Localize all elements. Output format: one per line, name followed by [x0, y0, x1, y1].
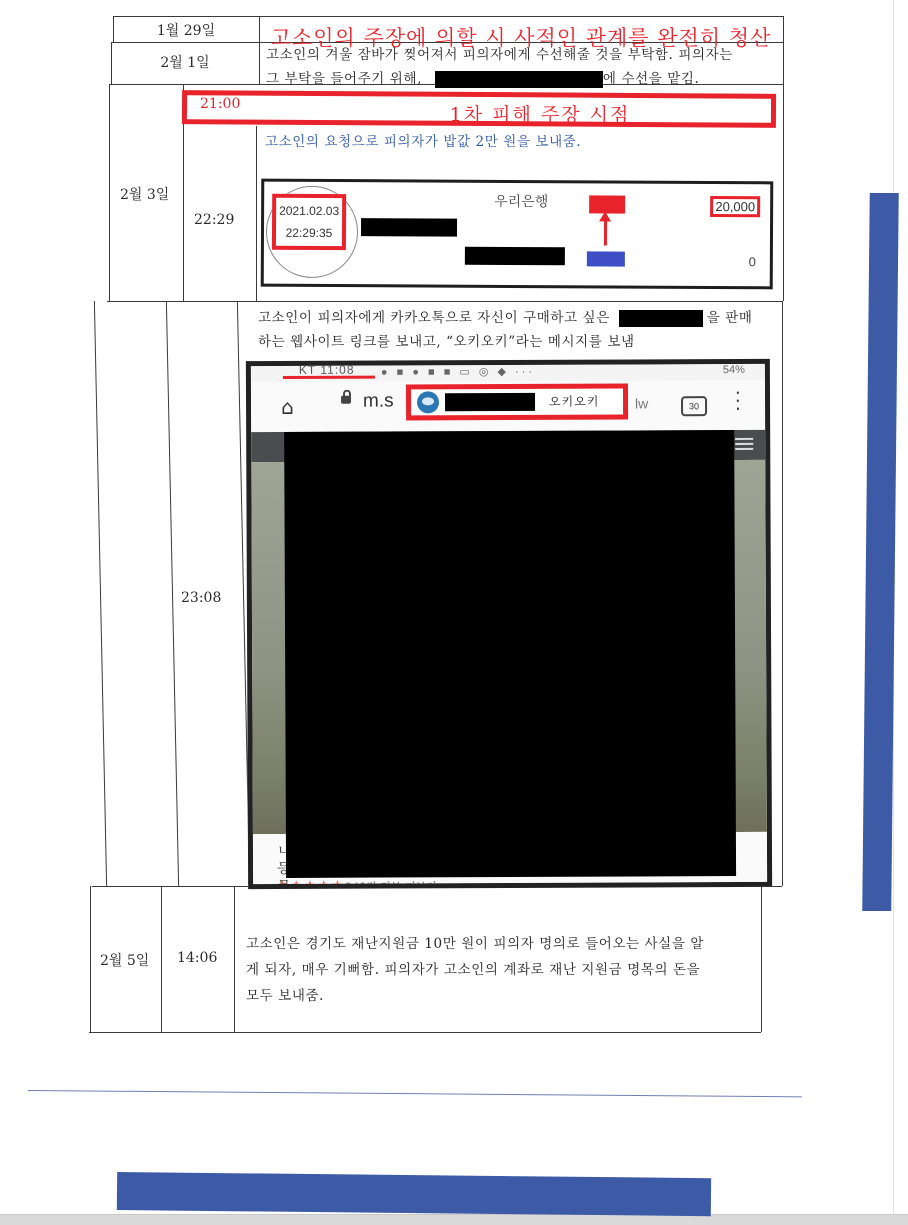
table-row-divider — [107, 301, 783, 302]
table-border-right — [761, 886, 762, 1032]
hamburger-menu-icon — [735, 438, 753, 450]
table-col-divider — [234, 886, 235, 1032]
table-col-divider — [161, 886, 162, 1032]
battery-level: 54% — [723, 364, 745, 376]
redaction-block — [435, 71, 603, 88]
notification-icons: ● ■ ● ■ ■ ▭ ◎ ◆ ··· — [381, 365, 535, 379]
transfer-datetime: 2021.02.03 22:29:35 — [272, 194, 346, 250]
entry-time: 14:06 — [177, 950, 217, 966]
redaction-block — [445, 393, 535, 411]
lock-icon — [341, 396, 351, 404]
table-border-left — [109, 84, 110, 301]
content-text: 고소인이 피의자에게 카카오톡으로 자신이 구매하고 싶은 — [258, 310, 610, 326]
account-balance: 0 — [749, 254, 756, 269]
entry-time: 21:00 — [200, 96, 240, 112]
review-link: 240건 리뷰 더보기 — [345, 878, 437, 889]
meal-money-note: 고소인의 요청으로 피의자가 밥값 2만 원을 보내줌. — [265, 130, 581, 150]
table-col-divider — [256, 126, 257, 301]
kakao-message-popup: 오키오키 — [406, 383, 628, 420]
browser-url-bar: ⌂ m.s lw 30 ··· 오키오키 — [251, 380, 765, 432]
content-line: 하는 웹사이트 링크를 보내고, “오키오키”라는 메시지를 보냄 — [258, 330, 753, 354]
table-border-left — [94, 301, 107, 886]
table-border-left — [90, 886, 91, 1032]
row-date: 1월 29일 — [113, 20, 259, 40]
content-line: 모두 보내줌. — [246, 983, 704, 1009]
table-border-right — [782, 301, 783, 886]
redaction-block — [465, 247, 565, 266]
rating-stars-icon: ★★★★★ — [277, 878, 346, 889]
table-border-right — [783, 16, 784, 301]
content-line: 고소인의 겨울 잠바가 찢어져서 피의자에게 수선해줄 것을 부탁함. 피의자는 — [266, 43, 733, 67]
entry-time: 23:08 — [181, 590, 221, 606]
row-date: 2월 3일 — [120, 184, 169, 204]
redaction-block — [619, 310, 703, 327]
content-text: 에 수선을 맡김. — [603, 71, 700, 87]
url-prefix: m.s — [363, 391, 394, 413]
phone-screenshot: KT 11:08 ● ■ ● ■ ■ ▭ ◎ ◆ ··· 54% ⌂ m.s l… — [246, 359, 772, 889]
kakao-talk-icon — [417, 391, 439, 413]
transfer-amount: 20,000 — [710, 196, 760, 217]
row-date: 2월 5일 — [100, 950, 149, 970]
content-text: 그 부탁을 들어주기 위해, — [266, 71, 422, 87]
red-underline-mark — [283, 376, 375, 379]
table-border-bottom — [89, 1032, 761, 1033]
decorative-blue-bar-bottom — [117, 1172, 711, 1216]
page-bottom-edge — [0, 1214, 908, 1225]
decorative-divider-line — [28, 1090, 802, 1097]
content-line: 고소인이 피의자에게 카카오톡으로 자신이 구매하고 싶은 을 판매 — [258, 306, 753, 330]
content-line: 그 부탁을 들어주기 위해, 에 수선을 맡김. — [266, 67, 733, 91]
bank-name: 우리은행 — [494, 191, 548, 211]
table-col-divider — [259, 16, 260, 84]
kakao-message-text: 오키오키 — [549, 393, 599, 410]
sender-marker-blue — [587, 251, 625, 266]
transfer-time: 22:29:35 — [276, 222, 342, 244]
arrow-shaft — [604, 215, 607, 245]
first-damage-claim-label: 1차 피해 주장 시점 — [360, 100, 720, 127]
bank-transfer-screenshot: 2021.02.03 22:29:35 우리은행 20,000 0 — [261, 179, 774, 290]
table-col-divider — [166, 301, 179, 886]
entry-time: 22:29 — [194, 212, 234, 228]
disaster-fund-content: 고소인은 경기도 재난지원금 10만 원이 피의자 명의로 들어오는 사실을 알… — [246, 931, 704, 1009]
redaction-block — [361, 218, 457, 237]
content-line: 게 되자, 매우 기뻐함. 피의자가 고소인의 계좌로 재난 지원금 명목의 돈… — [246, 957, 704, 983]
content-line: 고소인은 경기도 재난지원금 10만 원이 피의자 명의로 들어오는 사실을 알 — [246, 931, 704, 957]
tab-count-icon: 30 — [681, 396, 707, 416]
more-menu-icon: ··· — [735, 390, 741, 414]
transfer-date: 2021.02.03 — [276, 200, 342, 222]
table-border-top — [113, 16, 783, 17]
content-text: 을 판매 — [707, 310, 753, 326]
row-date: 2월 1일 — [111, 52, 259, 72]
kakao-entry-content: 고소인이 피의자에게 카카오톡으로 자신이 구매하고 싶은 을 판매 하는 웹사… — [258, 306, 753, 354]
row-content: 고소인의 겨울 잠바가 찢어져서 피의자에게 수선해줄 것을 부탁함. 피의자는… — [266, 43, 733, 91]
home-icon: ⌂ — [281, 395, 294, 419]
url-suffix: lw — [635, 395, 648, 411]
redaction-block — [284, 430, 736, 878]
